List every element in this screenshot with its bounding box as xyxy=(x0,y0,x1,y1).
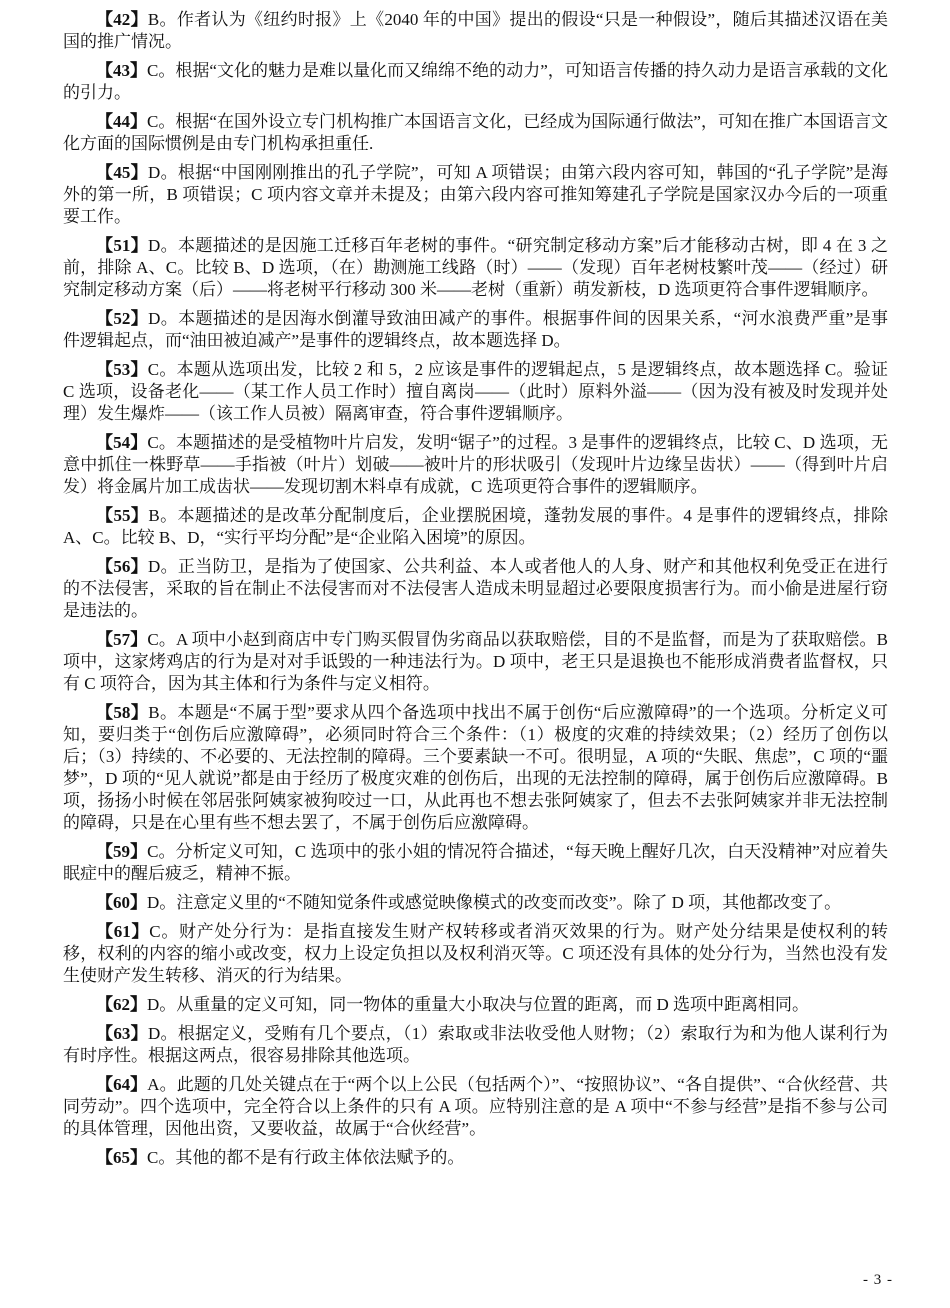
answer-item-number: 【45】 xyxy=(96,163,148,182)
answer-list: 【42】B。作者认为《纽约时报》上《2040 年的中国》提出的假设“只是一种假设… xyxy=(63,9,888,1169)
answer-item-number: 【65】 xyxy=(96,1148,147,1167)
answer-item-text: C。分析定义可知，C 选项中的张小姐的情况符合描述，“每天晚上醒好几次，白天没精… xyxy=(63,842,888,883)
answer-item-text: D。本题描述的是因海水倒灌导致油田减产的事件。根据事件间的因果关系，“河水浪费严… xyxy=(63,309,888,350)
answer-item-number: 【59】 xyxy=(96,842,147,861)
answer-item-number: 【42】 xyxy=(96,10,148,29)
answer-item-text: D。本题描述的是因施工迁移百年老树的事件。“研究制定移动方案”后才能移动古树，即… xyxy=(63,236,888,299)
answer-item-number: 【54】 xyxy=(96,433,147,452)
answer-item: 【57】C。A 项中小赵到商店中专门购买假冒伪劣商品以获取赔偿，目的不是监督，而… xyxy=(63,629,888,695)
answer-item-text: B。本题是“不属于型”要求从四个备选项中找出不属于创伤“后应激障碍”的一个选项。… xyxy=(63,703,888,832)
answer-item-number: 【44】 xyxy=(96,112,147,131)
answer-item: 【65】C。其他的都不是有行政主体依法赋予的。 xyxy=(63,1147,888,1169)
answer-item-number: 【60】 xyxy=(96,893,147,912)
answer-item-text: C。根据“在国外设立专门机构推广本国语言文化，已经成为国际通行做法”，可知在推广… xyxy=(63,112,888,153)
answer-item: 【54】C。本题描述的是受植物叶片启发，发明“锯子”的过程。3 是事件的逻辑终点… xyxy=(63,432,888,498)
answer-item-number: 【62】 xyxy=(96,995,147,1014)
answer-item: 【60】D。注意定义里的“不随知觉条件或感觉映像模式的改变而改变”。除了 D 项… xyxy=(63,892,888,914)
answer-item: 【63】D。根据定义，受贿有几个要点，（1）索取或非法收受他人财物；（2）索取行… xyxy=(63,1023,888,1067)
answer-item: 【44】C。根据“在国外设立专门机构推广本国语言文化，已经成为国际通行做法”，可… xyxy=(63,111,888,155)
answer-item-number: 【58】 xyxy=(96,703,148,722)
answer-item-number: 【64】 xyxy=(96,1075,147,1094)
answer-item: 【53】C。本题从选项出发，比较 2 和 5，2 应该是事件的逻辑起点，5 是逻… xyxy=(63,359,888,425)
answer-item: 【58】B。本题是“不属于型”要求从四个备选项中找出不属于创伤“后应激障碍”的一… xyxy=(63,702,888,834)
answer-item: 【45】D。根据“中国刚刚推出的孔子学院”，可知 A 项错误；由第六段内容可知，… xyxy=(63,162,888,228)
answer-item-number: 【63】 xyxy=(96,1024,148,1043)
document-page: 【42】B。作者认为《纽约时报》上《2040 年的中国》提出的假设“只是一种假设… xyxy=(0,0,950,1308)
answer-item-text: C。其他的都不是有行政主体依法赋予的。 xyxy=(147,1148,464,1167)
answer-item-text: D。根据“中国刚刚推出的孔子学院”，可知 A 项错误；由第六段内容可知，韩国的“… xyxy=(63,163,888,226)
answer-item: 【51】D。本题描述的是因施工迁移百年老树的事件。“研究制定移动方案”后才能移动… xyxy=(63,235,888,301)
answer-item: 【56】D。正当防卫，是指为了使国家、公共利益、本人或者他人的人身、财产和其他权… xyxy=(63,556,888,622)
answer-item-number: 【51】 xyxy=(96,236,148,255)
answer-item-number: 【61】 xyxy=(96,922,149,941)
answer-item-number: 【53】 xyxy=(96,360,148,379)
answer-item-text: C。根据“文化的魅力是难以量化而又绵绵不绝的动力”，可知语言传播的持久动力是语言… xyxy=(63,61,888,102)
answer-item-number: 【57】 xyxy=(96,630,147,649)
answer-item: 【55】B。本题描述的是改革分配制度后，企业摆脱困境，蓬勃发展的事件。4 是事件… xyxy=(63,505,888,549)
answer-item-text: B。本题描述的是改革分配制度后，企业摆脱困境，蓬勃发展的事件。4 是事件的逻辑终… xyxy=(63,506,888,547)
page-number: - 3 - xyxy=(863,1273,893,1288)
answer-item-text: D。注意定义里的“不随知觉条件或感觉映像模式的改变而改变”。除了 D 项，其他都… xyxy=(147,893,841,912)
answer-item-text: B。作者认为《纽约时报》上《2040 年的中国》提出的假设“只是一种假设”，随后… xyxy=(63,10,888,51)
answer-item-text: D。正当防卫，是指为了使国家、公共利益、本人或者他人的人身、财产和其他权利免受正… xyxy=(63,557,888,620)
answer-item: 【62】D。从重量的定义可知，同一物体的重量大小取决与位置的距离，而 D 选项中… xyxy=(63,994,888,1016)
answer-item: 【42】B。作者认为《纽约时报》上《2040 年的中国》提出的假设“只是一种假设… xyxy=(63,9,888,53)
answer-item-number: 【56】 xyxy=(96,557,148,576)
answer-item: 【59】C。分析定义可知，C 选项中的张小姐的情况符合描述，“每天晚上醒好几次，… xyxy=(63,841,888,885)
answer-item-text: C。财产处分行为：是指直接发生财产权转移或者消灭效果的行为。财产处分结果是使权利… xyxy=(63,922,888,985)
answer-item-number: 【55】 xyxy=(96,506,148,525)
answer-item-text: C。A 项中小赵到商店中专门购买假冒伪劣商品以获取赔偿，目的不是监督，而是为了获… xyxy=(63,630,888,693)
answer-item-number: 【52】 xyxy=(96,309,148,328)
answer-item: 【52】D。本题描述的是因海水倒灌导致油田减产的事件。根据事件间的因果关系，“河… xyxy=(63,308,888,352)
answer-item-text: C。本题描述的是受植物叶片启发，发明“锯子”的过程。3 是事件的逻辑终点，比较 … xyxy=(63,433,888,496)
answer-item-text: C。本题从选项出发，比较 2 和 5，2 应该是事件的逻辑起点，5 是逻辑终点，… xyxy=(63,360,888,423)
answer-item: 【43】C。根据“文化的魅力是难以量化而又绵绵不绝的动力”，可知语言传播的持久动… xyxy=(63,60,888,104)
answer-item-text: D。从重量的定义可知，同一物体的重量大小取决与位置的距离，而 D 选项中距离相同… xyxy=(147,995,809,1014)
answer-item: 【64】A。此题的几处关键点在于“两个以上公民（包括两个）”、“按照协议”、“各… xyxy=(63,1074,888,1140)
answer-item: 【61】C。财产处分行为：是指直接发生财产权转移或者消灭效果的行为。财产处分结果… xyxy=(63,921,888,987)
answer-item-text: D。根据定义，受贿有几个要点，（1）索取或非法收受他人财物；（2）索取行为和为他… xyxy=(63,1024,888,1065)
answer-item-number: 【43】 xyxy=(96,61,147,80)
answer-item-text: A。此题的几处关键点在于“两个以上公民（包括两个）”、“按照协议”、“各自提供”… xyxy=(63,1075,888,1138)
